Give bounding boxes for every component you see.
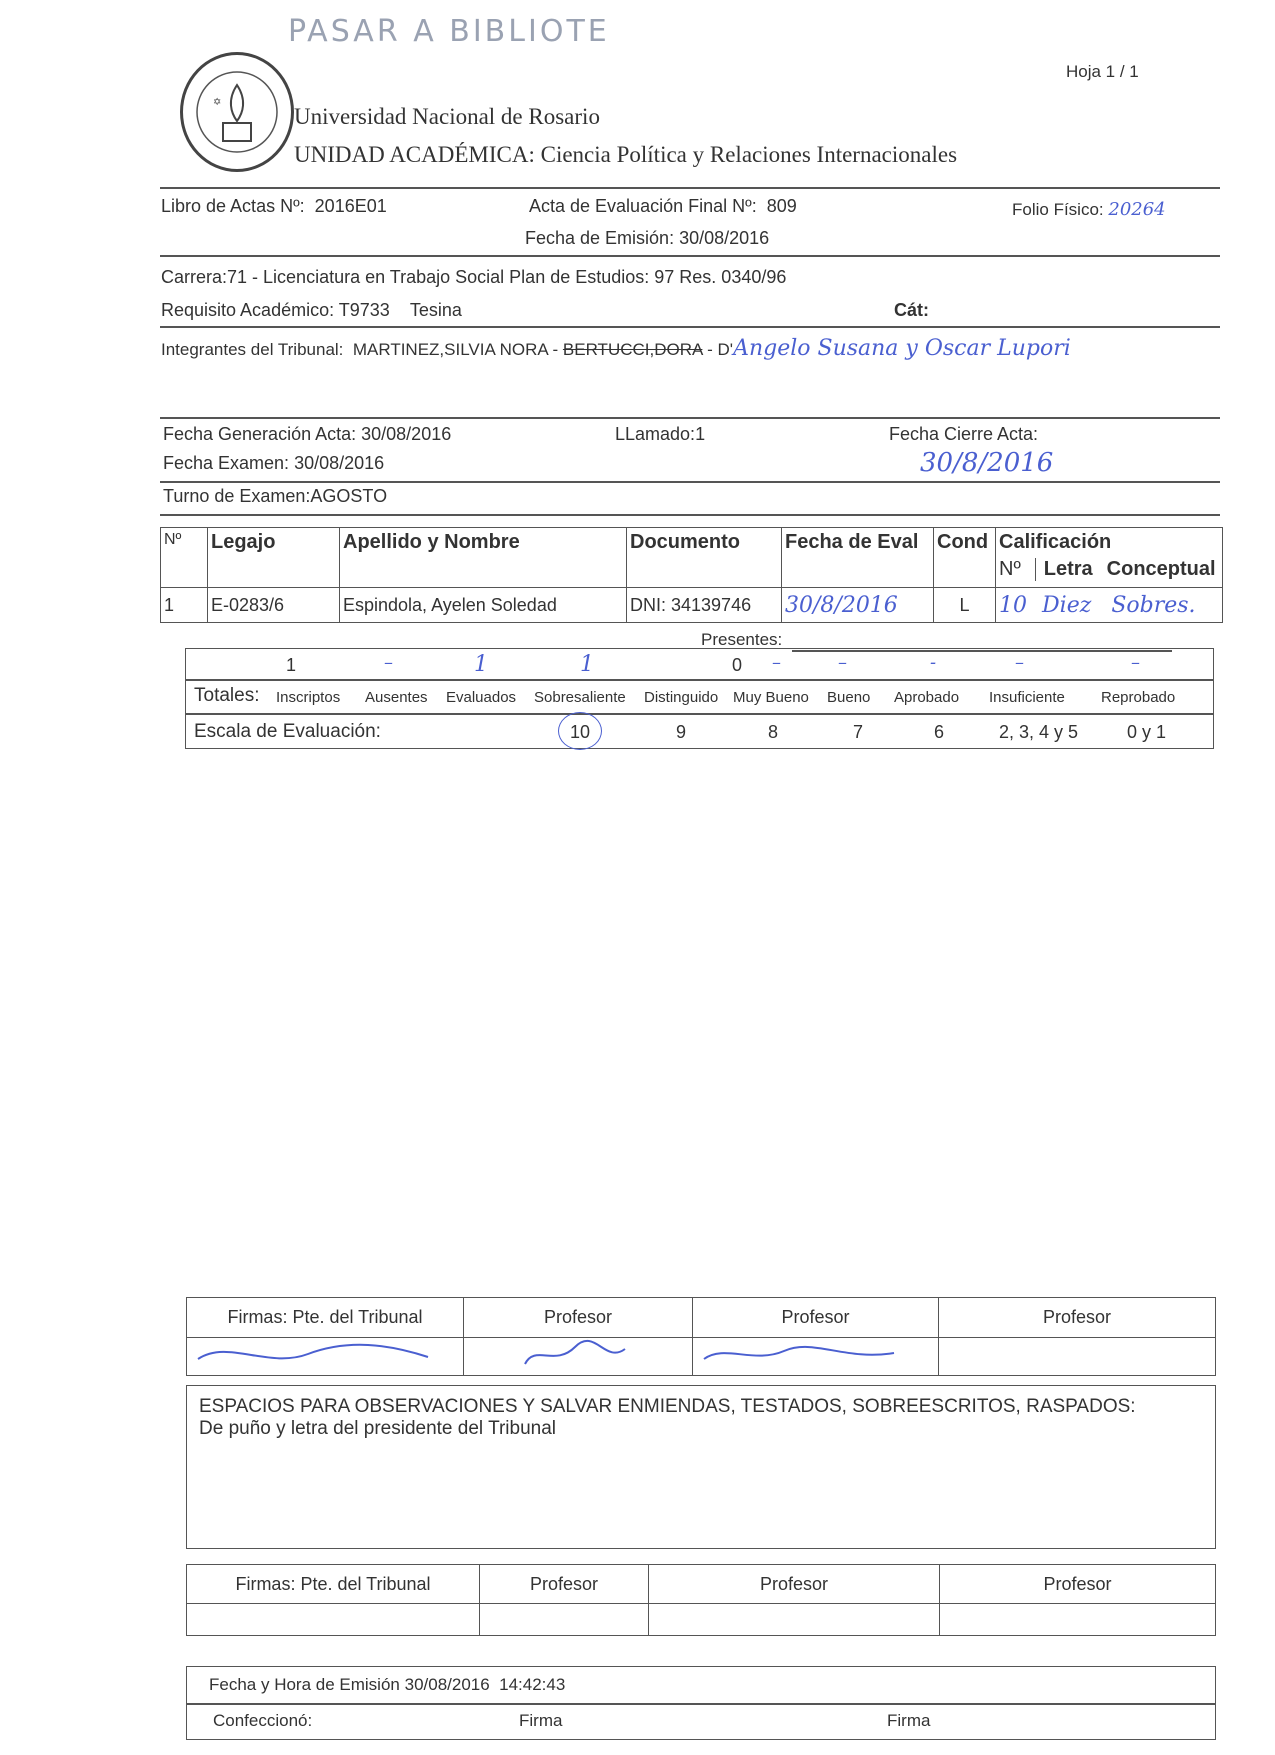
- libro-actas: Libro de Actas Nº: 2016E01: [161, 196, 387, 217]
- turno-examen: Turno de Examen:AGOSTO: [163, 486, 387, 507]
- confecciono-label: Confeccionó:: [213, 1711, 312, 1731]
- page-indicator: Hoja 1 / 1: [1066, 62, 1139, 82]
- header-calificacion: Calificación Nº Letra Conceptual: [996, 528, 1223, 588]
- fecha-hora-emision: Fecha y Hora de Emisión 30/08/2016 14:42…: [209, 1675, 565, 1695]
- header-fecha: Fecha de Eval: [782, 528, 934, 588]
- signatures-table-1: Firmas: Pte. del Tribunal Profesor Profe…: [186, 1297, 1216, 1376]
- signature-profesor-2: [693, 1338, 939, 1376]
- firma-2: Firma: [887, 1711, 930, 1731]
- observaciones-title: ESPACIOS PARA OBSERVACIONES Y SALVAR ENM…: [199, 1396, 1203, 1418]
- fecha-cierre-label: Fecha Cierre Acta:: [889, 424, 1038, 445]
- header-nombre: Apellido y Nombre: [340, 528, 627, 588]
- signature-profesor-3: [939, 1338, 1216, 1376]
- header-documento: Documento: [627, 528, 782, 588]
- unidad-academica: UNIDAD ACADÉMICA: Ciencia Política y Rel…: [294, 142, 957, 168]
- folio-fisico: Folio Físico: 20264: [1012, 199, 1166, 220]
- llamado: LLamado:1: [615, 424, 705, 445]
- tribunal-handwritten: Angelo Susana y Oscar Lupori: [733, 336, 1071, 361]
- header-legajo: Legajo: [208, 528, 340, 588]
- tribunal: Integrantes del Tribunal: MARTINEZ,SILVI…: [161, 336, 1071, 361]
- table-row: 1 E-0283/6 Espindola, Ayelen Soledad DNI…: [161, 588, 1223, 623]
- fecha-generacion: Fecha Generación Acta: 30/08/2016: [163, 424, 451, 445]
- signatures-table-2: Firmas: Pte. del Tribunal Profesor Profe…: [186, 1564, 1216, 1636]
- escala-label: Escala de Evaluación:: [194, 721, 381, 743]
- svg-text:✡: ✡: [213, 97, 221, 108]
- observaciones-box: ESPACIOS PARA OBSERVACIONES Y SALVAR ENM…: [186, 1385, 1216, 1549]
- fecha-emision: Fecha de Emisión: 30/08/2016: [525, 228, 769, 249]
- firma-1: Firma: [519, 1711, 562, 1731]
- footer-box: Fecha y Hora de Emisión 30/08/2016 14:42…: [186, 1666, 1216, 1740]
- folio-handwritten: 20264: [1108, 199, 1165, 220]
- requisito-academico: Requisito Académico: T9733 Tesina: [161, 300, 462, 321]
- catedra-label: Cát:: [894, 300, 929, 321]
- totales-label: Totales:: [194, 685, 259, 707]
- total-inscriptos: 1: [286, 655, 296, 676]
- fecha-cierre-handwritten: 30/8/2016: [920, 448, 1053, 478]
- university-seal-icon: ✡: [180, 52, 294, 172]
- signature-profesor-1: [464, 1338, 693, 1376]
- presentes-label: Presentes:: [701, 630, 782, 650]
- header-num: Nº: [161, 528, 208, 588]
- pencil-note: PASAR A BIBLIOTE: [288, 14, 610, 49]
- fecha-examen: Fecha Examen: 30/08/2016: [163, 453, 384, 474]
- acta-numero: Acta de Evaluación Final Nº: 809: [529, 196, 797, 217]
- signature-presidente: [187, 1338, 464, 1376]
- university-name: Universidad Nacional de Rosario: [294, 104, 600, 130]
- observaciones-body: De puño y letra del presidente del Tribu…: [199, 1418, 1203, 1440]
- students-table: Nº Legajo Apellido y Nombre Documento Fe…: [160, 527, 1223, 623]
- header-cond: Cond: [934, 528, 996, 588]
- carrera: Carrera:71 - Licenciatura en Trabajo Soc…: [161, 267, 786, 288]
